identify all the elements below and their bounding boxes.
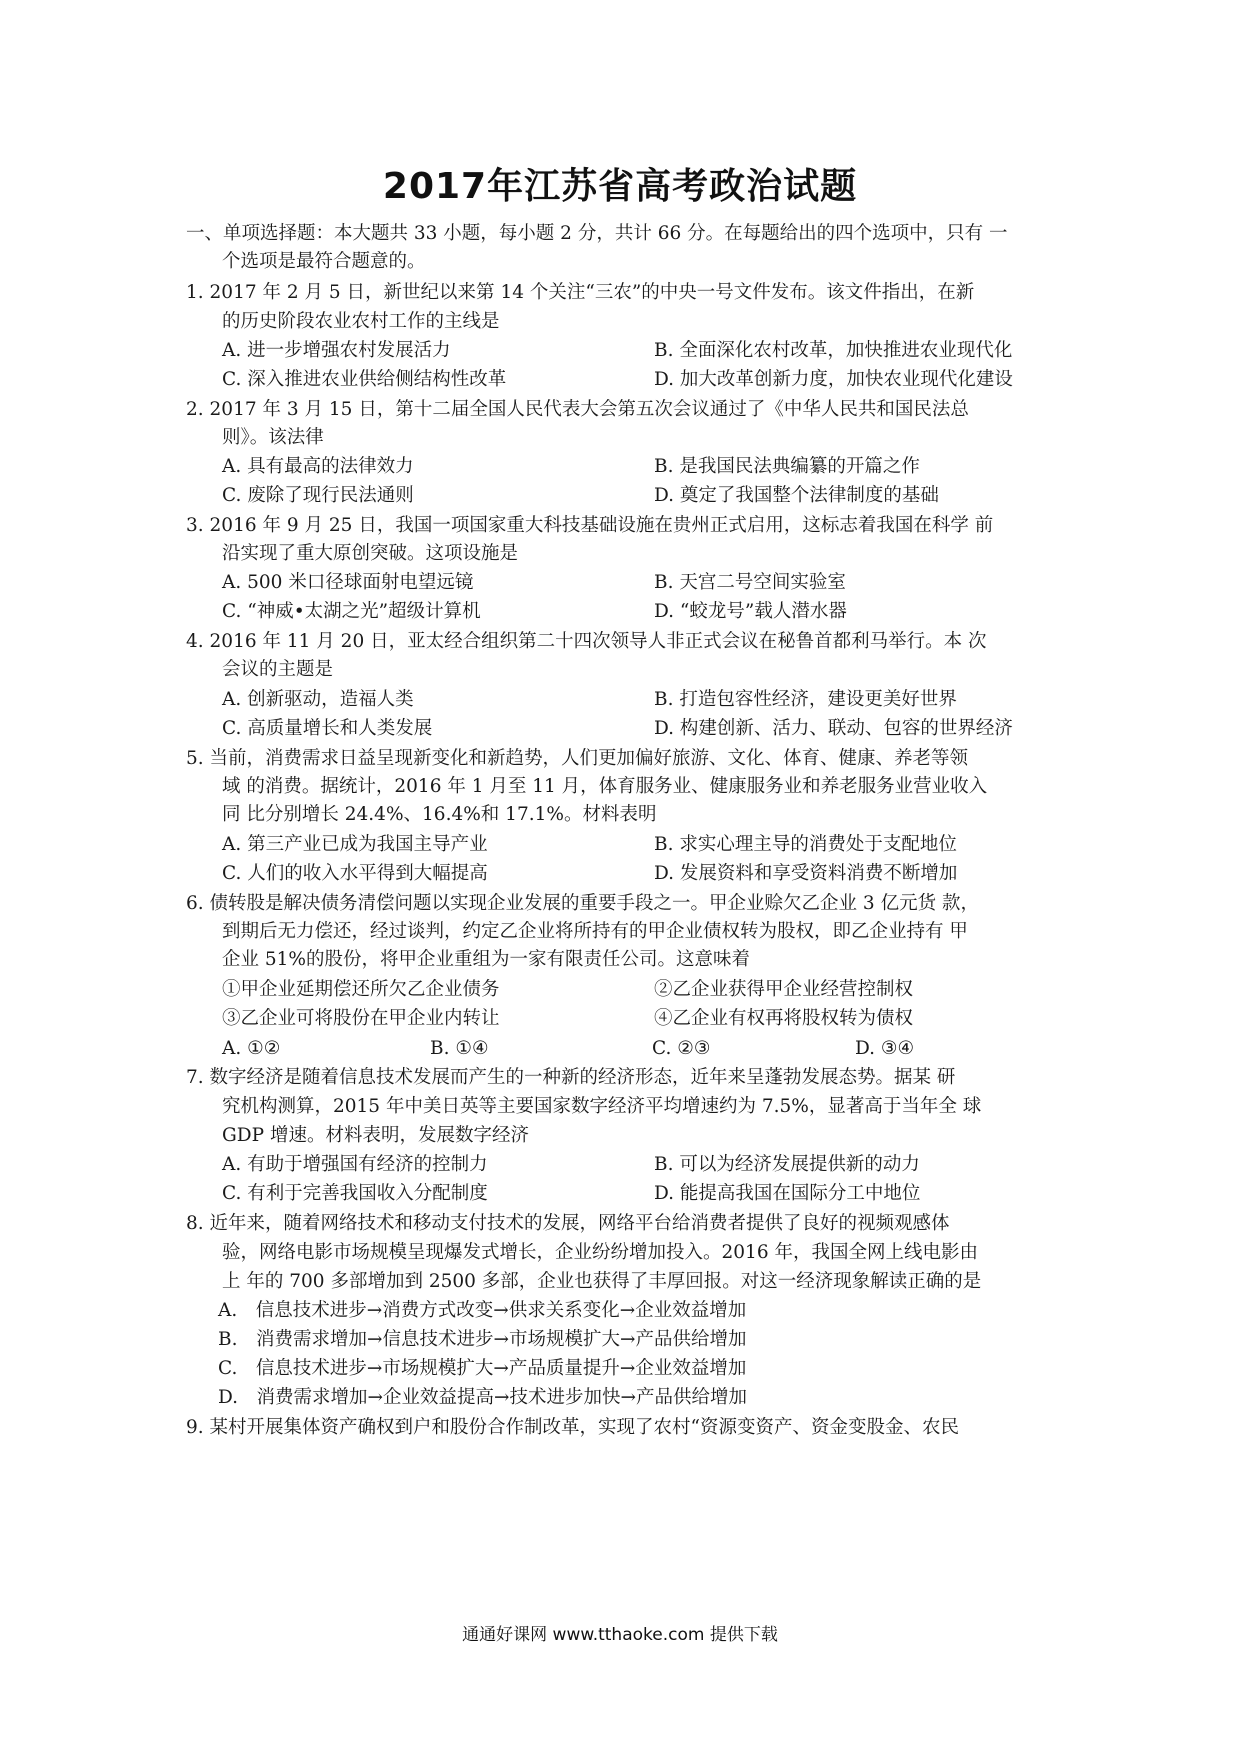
section-heading: 一、单项选择题：本大题共 33 小题，每小题 2 分，共计 66 分。在每题给出… xyxy=(186,222,1008,246)
question-6-statement-1: ①甲企业延期偿还所欠乙企业债务 xyxy=(222,978,500,1002)
exam-page: 2017年江苏省高考政治试题 一、单项选择题：本大题共 33 小题，每小题 2 … xyxy=(0,0,1240,1754)
question-6-option-a: A. ①② xyxy=(222,1037,280,1061)
question-2-option-a: A. 具有最高的法律效力 xyxy=(222,455,414,479)
question-6-statement-3: ③乙企业可将股份在甲企业内转让 xyxy=(222,1007,500,1031)
question-1-stem: 1. 2017 年 2 月 5 日，新世纪以来第 14 个关注“三农”的中央一号… xyxy=(186,281,974,305)
question-7-stem-cont: GDP 增速。材料表明，发展数字经济 xyxy=(222,1124,529,1148)
question-4-option-c: C. 高质量增长和人类发展 xyxy=(222,717,432,741)
question-8-stem: 8. 近年来，随着网络技术和移动支付技术的发展，网络平台给消费者提供了良好的视频… xyxy=(186,1212,950,1236)
page-title: 2017年江苏省高考政治试题 xyxy=(0,158,1240,209)
question-5-option-d: D. 发展资料和享受资料消费不断增加 xyxy=(654,862,957,886)
question-5-stem: 5. 当前，消费需求日益呈现新变化和新趋势，人们更加偏好旅游、文化、体育、健康、… xyxy=(186,747,968,771)
question-2-option-c: C. 废除了现行民法通则 xyxy=(222,484,414,508)
question-6-stem-cont: 到期后无力偿还，经过谈判，约定乙企业将所持有的甲企业债权转为股权，即乙企业持有 … xyxy=(222,920,968,944)
question-1-stem-cont: 的历史阶段农业农村工作的主线是 xyxy=(222,310,500,334)
question-7-option-a: A. 有助于增强国有经济的控制力 xyxy=(222,1153,488,1177)
question-8-stem-cont: 上 年的 700 多部增加到 2500 多部，企业也获得了丰厚回报。对这一经济现… xyxy=(222,1270,981,1294)
question-3-option-b: B. 天宫二号空间实验室 xyxy=(654,571,846,595)
question-5-option-b: B. 求实心理主导的消费处于支配地位 xyxy=(654,833,957,857)
question-3-option-c: C. “神威•太湖之光”超级计算机 xyxy=(222,600,481,624)
question-6-option-d: D. ③④ xyxy=(855,1037,914,1061)
question-4-option-b: B. 打造包容性经济，建设更美好世界 xyxy=(654,688,957,712)
question-2-stem: 2. 2017 年 3 月 15 日，第十二届全国人民代表大会第五次会议通过了《… xyxy=(186,398,969,422)
question-8-option-d: D. 消费需求增加→企业效益提高→技术进步加快→产品供给增加 xyxy=(218,1386,747,1410)
question-7-stem: 7. 数字经济是随着信息技术发展而产生的一种新的经济形态，近年来呈蓬勃发展态势。… xyxy=(186,1066,955,1090)
question-5-option-a: A. 第三产业已成为我国主导产业 xyxy=(222,833,488,857)
question-8-stem-cont: 验，网络电影市场规模呈现爆发式增长，企业纷纷增加投入。2016 年，我国全网上线… xyxy=(222,1241,978,1265)
question-5-option-c: C. 人们的收入水平得到大幅提高 xyxy=(222,862,488,886)
question-6-stem-cont: 企业 51%的股份，将甲企业重组为一家有限责任公司。这意味着 xyxy=(222,948,750,972)
question-6-stem: 6. 债转股是解决债务清偿问题以实现企业发展的重要手段之一。甲企业赊欠乙企业 3… xyxy=(186,892,979,916)
question-3-stem-cont: 沿实现了重大原创突破。这项设施是 xyxy=(222,542,518,566)
question-4-option-a: A. 创新驱动，造福人类 xyxy=(222,688,414,712)
question-7-option-b: B. 可以为经济发展提供新的动力 xyxy=(654,1153,920,1177)
question-2-option-d: D. 奠定了我国整个法律制度的基础 xyxy=(654,484,939,508)
question-1-option-c: C. 深入推进农业供给侧结构性改革 xyxy=(222,368,506,392)
question-9-stem: 9. 某村开展集体资产确权到户和股份合作制改革，实现了农村“资源变资产、资金变股… xyxy=(186,1416,959,1440)
footer-watermark: 通通好课网 www.tthaoke.com 提供下载 xyxy=(0,1620,1240,1645)
question-8-option-c: C. 信息技术进步→市场规模扩大→产品质量提升→企业效益增加 xyxy=(218,1357,746,1381)
question-3-option-a: A. 500 米口径球面射电望远镜 xyxy=(222,571,473,595)
question-4-stem: 4. 2016 年 11 月 20 日，亚太经合组织第二十四次领导人非正式会议在… xyxy=(186,630,986,654)
question-1-option-d: D. 加大改革创新力度，加快农业现代化建设 xyxy=(654,368,1013,392)
question-3-option-d: D. “蛟龙号”载人潜水器 xyxy=(654,600,847,624)
question-6-option-c: C. ②③ xyxy=(652,1037,710,1061)
question-6-statement-2: ②乙企业获得甲企业经营控制权 xyxy=(654,978,913,1002)
question-5-stem-cont: 同 比分别增长 24.4%、16.4%和 17.1%。材料表明 xyxy=(222,803,656,827)
question-2-stem-cont: 则》。该法律 xyxy=(222,426,324,450)
question-7-option-d: D. 能提高我国在国际分工中地位 xyxy=(654,1182,920,1206)
question-7-option-c: C. 有利于完善我国收入分配制度 xyxy=(222,1182,488,1206)
question-7-stem-cont: 究机构测算，2015 年中美日英等主要国家数字经济平均增速约为 7.5%，显著高… xyxy=(222,1095,981,1119)
question-4-option-d: D. 构建创新、活力、联动、包容的世界经济 xyxy=(654,717,1013,741)
question-2-option-b: B. 是我国民法典编纂的开篇之作 xyxy=(654,455,920,479)
question-6-option-b: B. ①④ xyxy=(430,1037,489,1061)
question-6-statement-4: ④乙企业有权再将股权转为债权 xyxy=(654,1007,913,1031)
question-5-stem-cont: 域 的消费。据统计，2016 年 1 月至 11 月，体育服务业、健康服务业和养… xyxy=(222,775,987,799)
question-1-option-a: A. 进一步增强农村发展活力 xyxy=(222,339,451,363)
question-1-option-b: B. 全面深化农村改革，加快推进农业现代化 xyxy=(654,339,1012,363)
question-3-stem: 3. 2016 年 9 月 25 日，我国一项国家重大科技基础设施在贵州正式启用… xyxy=(186,514,993,538)
question-8-option-b: B. 消费需求增加→信息技术进步→市场规模扩大→产品供给增加 xyxy=(218,1328,746,1352)
question-8-option-a: A. 信息技术进步→消费方式改变→供求关系变化→企业效益增加 xyxy=(218,1299,746,1323)
question-4-stem-cont: 会议的主题是 xyxy=(222,658,333,682)
section-heading-cont: 个选项是最符合题意的。 xyxy=(222,250,426,274)
